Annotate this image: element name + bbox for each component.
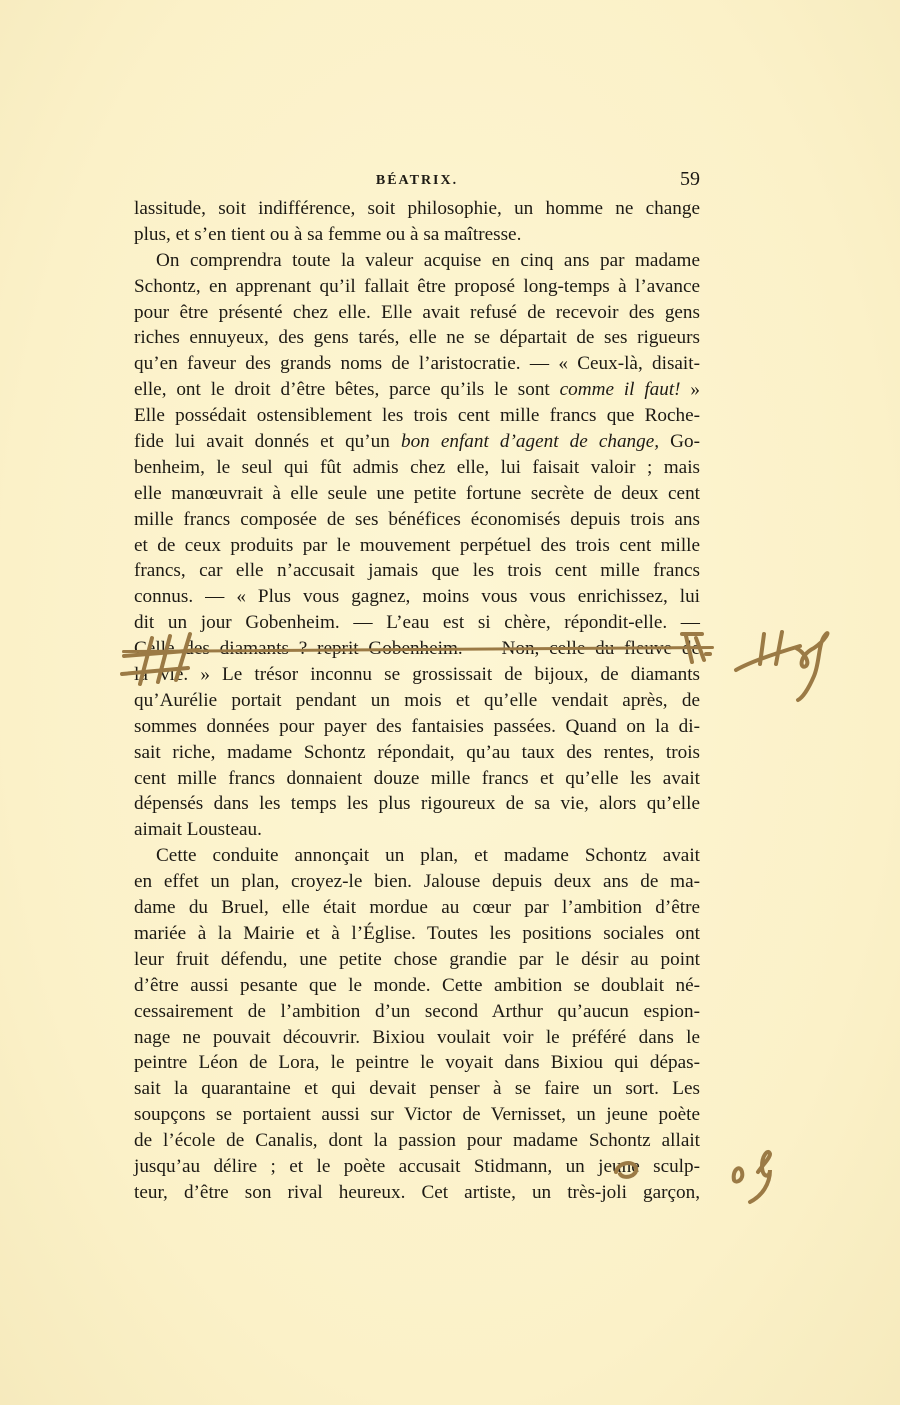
text-line: soupçons se portaient aussi sur Victor d… xyxy=(134,1102,700,1128)
text-line: pour être présenté chez elle. Elle avait… xyxy=(134,300,700,326)
jeune-circle-mark-icon xyxy=(612,1158,642,1184)
book-page: BÉATRIX. 59 lassitude, soit indifférence… xyxy=(0,0,900,1405)
text-span: » xyxy=(681,379,700,400)
text-line: connus. — « Plus vous gagnez, moins vous… xyxy=(134,584,700,610)
text-line: benheim, le seul qui fût admis chez elle… xyxy=(134,455,700,481)
text-line: sait la quarantaine et qui devait penser… xyxy=(134,1076,700,1102)
text-line: mariée à la Mairie et à l’Église. Toutes… xyxy=(134,921,700,947)
body-text: lassitude, soit indifférence, soit philo… xyxy=(134,196,700,1206)
left-hatch-mark-icon xyxy=(118,628,228,688)
text-line: lassitude, soit indifférence, soit philo… xyxy=(134,196,700,222)
text-line: fide lui avait donnés et qu’un bon enfan… xyxy=(134,429,700,455)
text-line: cent mille francs donnaient douze mille … xyxy=(134,766,700,792)
page-header: BÉATRIX. 59 xyxy=(134,168,700,194)
text-line: d’être aussi pesante que le monde. Cette… xyxy=(134,973,700,999)
text-line: elle manœuvrait à elle seule une petite … xyxy=(134,481,700,507)
text-line: leur fruit défendu, une petite chose gra… xyxy=(134,947,700,973)
text-span: fide lui avait donnés et qu’un xyxy=(134,431,390,452)
text-line: sommes données pour payer des fantaisies… xyxy=(134,714,700,740)
text-line: riches ennuyeux, des gens tarés, elle ne… xyxy=(134,325,700,351)
text-line: et de ceux produits par le mouvement per… xyxy=(134,533,700,559)
strike-end-blot-icon xyxy=(676,628,716,668)
text-line: aimait Lousteau. xyxy=(134,817,700,843)
text-line: sait riche, madame Schontz répondait, qu… xyxy=(134,740,700,766)
text-line: Cette conduite annonçait un plan, et mad… xyxy=(134,843,700,869)
text-line: cessairement de l’ambition d’un second A… xyxy=(134,999,700,1025)
running-title: BÉATRIX. xyxy=(134,173,700,189)
italic-phrase: bon enfant d’agent de change, xyxy=(401,431,659,452)
text-line: francs, car elle n’accusait jamais que l… xyxy=(134,558,700,584)
text-line: qu’Aurélie portait pendant un mois et qu… xyxy=(134,688,700,714)
text-line: peintre Léon de Lora, le peintre le voya… xyxy=(134,1050,700,1076)
text-line: dépensés dans les temps les plus rigoure… xyxy=(134,791,700,817)
text-line: mille francs composée de ses bénéfices é… xyxy=(134,507,700,533)
text-line: On comprendra toute la valeur acquise en… xyxy=(134,248,700,274)
text-span: Go- xyxy=(659,431,700,452)
text-line: en effet un plan, croyez-le bien. Jalous… xyxy=(134,869,700,895)
text-line: nage ne pouvait découvrir. Bixiou voulai… xyxy=(134,1025,700,1051)
text-span: elle, ont le droit d’être bêtes, parce q… xyxy=(134,379,550,400)
text-line: qu’en faveur des grands noms de l’aristo… xyxy=(134,351,700,377)
italic-phrase: comme il faut! xyxy=(560,379,681,400)
text-line: elle, ont le droit d’être bêtes, parce q… xyxy=(134,377,700,403)
margin-deletion-mark-icon xyxy=(730,612,890,712)
text-line: Elle possédait ostensiblement les trois … xyxy=(134,403,700,429)
text-line: Schontz, en apprenant qu’il fallait être… xyxy=(134,274,700,300)
text-line: de l’école de Canalis, dont la passion p… xyxy=(134,1128,700,1154)
page-number: 59 xyxy=(680,168,700,191)
margin-deletion-mark-2-icon xyxy=(726,1144,786,1208)
text-line: plus, et s’en tient ou à sa femme ou à s… xyxy=(134,222,700,248)
text-line: dame du Bruel, elle était mordue au cœur… xyxy=(134,895,700,921)
